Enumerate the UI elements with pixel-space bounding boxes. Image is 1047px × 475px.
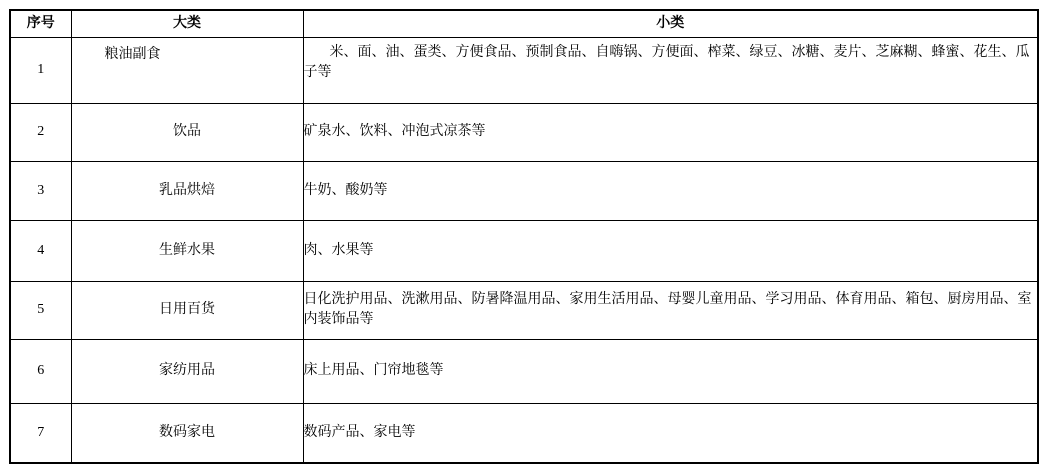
category-table: 序号 大类 小类 1 粮油副食 米、面、油、蛋类、方便食品、预制食品、自嗨锅、方… (9, 9, 1039, 464)
table-row: 6 家纺用品 床上用品、门帘地毯等 (10, 339, 1038, 403)
subcategory-cell: 肉、水果等 (303, 220, 1038, 281)
row-number-cell: 1 (10, 37, 71, 103)
table-row: 2 饮品 矿泉水、饮料、冲泡式凉茶等 (10, 103, 1038, 161)
subcategory-cell: 床上用品、门帘地毯等 (303, 339, 1038, 403)
row-number-cell: 5 (10, 281, 71, 339)
table-row: 5 日用百货 日化洗护用品、洗漱用品、防暑降温用品、家用生活用品、母婴儿童用品、… (10, 281, 1038, 339)
header-no: 序号 (10, 10, 71, 37)
subcategory-cell: 日化洗护用品、洗漱用品、防暑降温用品、家用生活用品、母婴儿童用品、学习用品、体育… (303, 281, 1038, 339)
category-cell: 饮品 (71, 103, 303, 161)
table-row: 4 生鲜水果 肉、水果等 (10, 220, 1038, 281)
table-row: 7 数码家电 数码产品、家电等 (10, 403, 1038, 463)
row-number-cell: 4 (10, 220, 71, 281)
subcategory-cell: 牛奶、酸奶等 (303, 161, 1038, 220)
row-number-cell: 2 (10, 103, 71, 161)
category-cell: 日用百货 (71, 281, 303, 339)
category-cell: 粮油副食 (71, 37, 303, 103)
category-cell: 家纺用品 (71, 339, 303, 403)
row-number-cell: 3 (10, 161, 71, 220)
category-cell: 乳品烘焙 (71, 161, 303, 220)
subcategory-cell: 米、面、油、蛋类、方便食品、预制食品、自嗨锅、方便面、榨菜、绿豆、冰糖、麦片、芝… (303, 37, 1038, 103)
category-cell: 生鲜水果 (71, 220, 303, 281)
subcategory-cell: 矿泉水、饮料、冲泡式凉茶等 (303, 103, 1038, 161)
subcategory-cell: 数码产品、家电等 (303, 403, 1038, 463)
document-page: 序号 大类 小类 1 粮油副食 米、面、油、蛋类、方便食品、预制食品、自嗨锅、方… (0, 0, 1047, 475)
row-number-cell: 6 (10, 339, 71, 403)
table-row: 3 乳品烘焙 牛奶、酸奶等 (10, 161, 1038, 220)
category-cell: 数码家电 (71, 403, 303, 463)
header-subcategory: 小类 (303, 10, 1038, 37)
table-row: 1 粮油副食 米、面、油、蛋类、方便食品、预制食品、自嗨锅、方便面、榨菜、绿豆、… (10, 37, 1038, 103)
header-category: 大类 (71, 10, 303, 37)
table-header-row: 序号 大类 小类 (10, 10, 1038, 37)
row-number-cell: 7 (10, 403, 71, 463)
